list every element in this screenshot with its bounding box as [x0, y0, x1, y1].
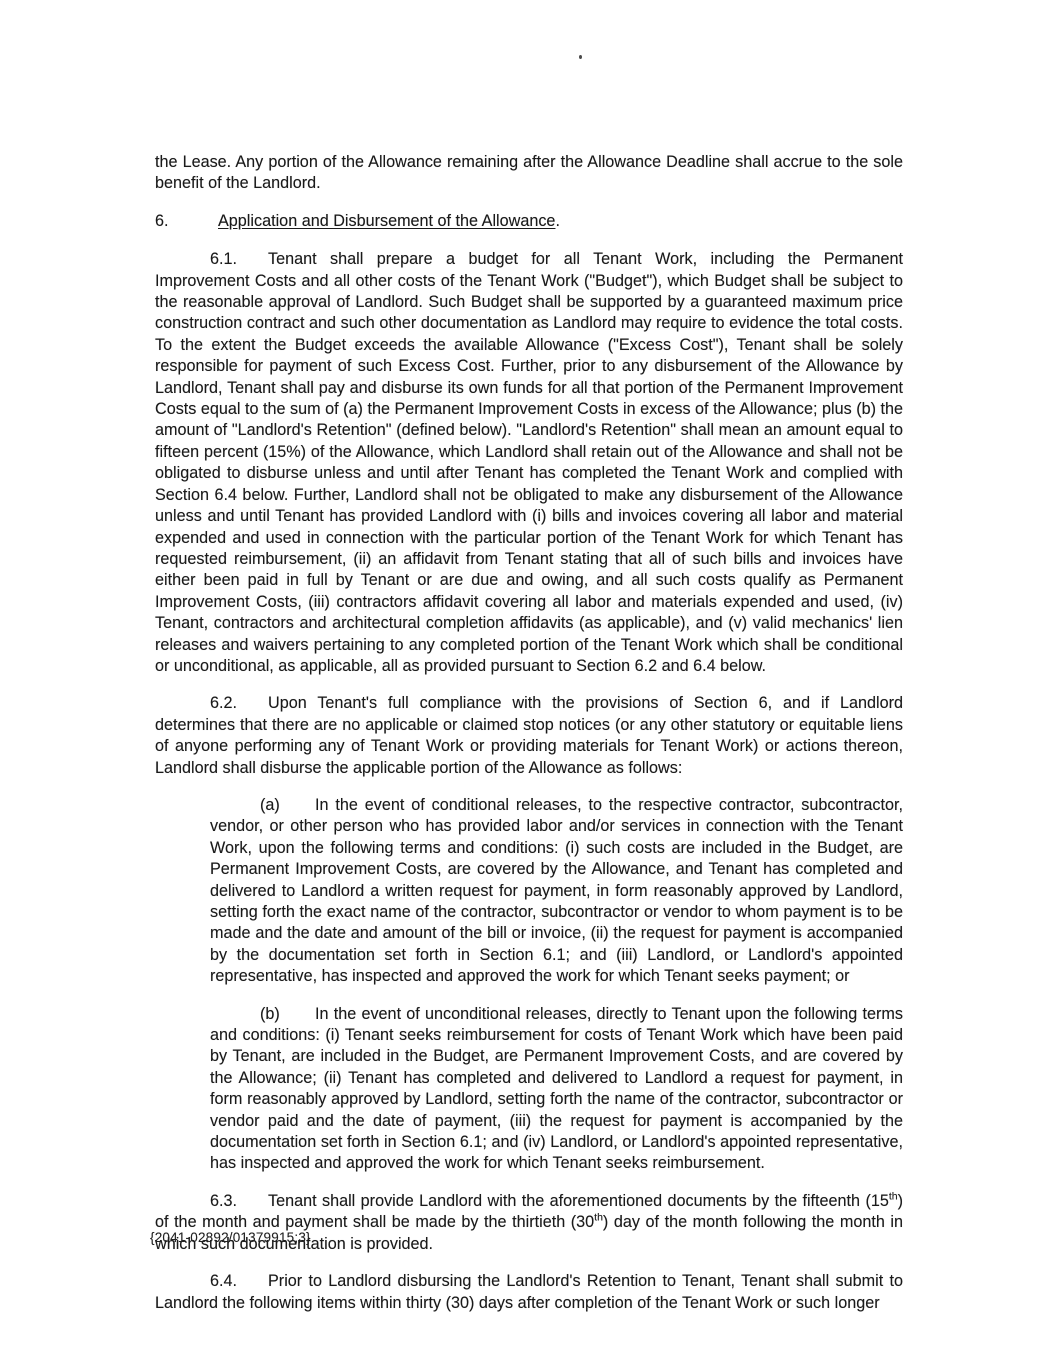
paragraph-6-3-text-part1: Tenant shall provide Landlord with the a…: [268, 1192, 889, 1210]
paragraph-6-2: 6.2.Upon Tenant's full compliance with t…: [155, 693, 903, 779]
paragraph-6-1-text: Tenant shall prepare a budget for all Te…: [155, 250, 903, 675]
scan-artifact-dot: [579, 55, 582, 59]
section-number: 6.: [155, 211, 218, 232]
subparagraph-b-label: (b): [260, 1004, 315, 1025]
paragraph-6-4: 6.4.Prior to Landlord disbursing the Lan…: [155, 1271, 903, 1314]
subparagraph-a: (a)In the event of conditional releases,…: [210, 795, 903, 988]
paragraph-6-2-number: 6.2.: [210, 693, 268, 714]
paragraph-6-1-number: 6.1.: [210, 249, 268, 270]
document-content: the Lease. Any portion of the Allowance …: [155, 152, 903, 1330]
document-page: the Lease. Any portion of the Allowance …: [0, 0, 1055, 1365]
section-title-period: .: [555, 212, 560, 230]
section-heading: 6.Application and Disbursement of the Al…: [155, 211, 903, 232]
subparagraph-b: (b)In the event of unconditional release…: [210, 1004, 903, 1175]
paragraph-6-3: 6.3.Tenant shall provide Landlord with t…: [155, 1191, 903, 1255]
paragraph-6-4-number: 6.4.: [210, 1271, 268, 1292]
subparagraph-a-text: In the event of conditional releases, to…: [210, 796, 903, 985]
ordinal-superscript: th: [594, 1212, 603, 1224]
paragraph-6-1: 6.1.Tenant shall prepare a budget for al…: [155, 249, 903, 677]
document-control-number: {2041-02892/01379915;3}: [150, 1230, 311, 1245]
subparagraph-b-text: In the event of unconditional releases, …: [210, 1005, 903, 1173]
subparagraph-a-label: (a): [260, 795, 315, 816]
intro-paragraph: the Lease. Any portion of the Allowance …: [155, 152, 903, 195]
paragraph-6-3-number: 6.3.: [210, 1191, 268, 1212]
ordinal-superscript: th: [889, 1190, 898, 1202]
paragraph-6-2-text: Upon Tenant's full compliance with the p…: [155, 694, 903, 776]
section-title: Application and Disbursement of the Allo…: [218, 212, 555, 230]
